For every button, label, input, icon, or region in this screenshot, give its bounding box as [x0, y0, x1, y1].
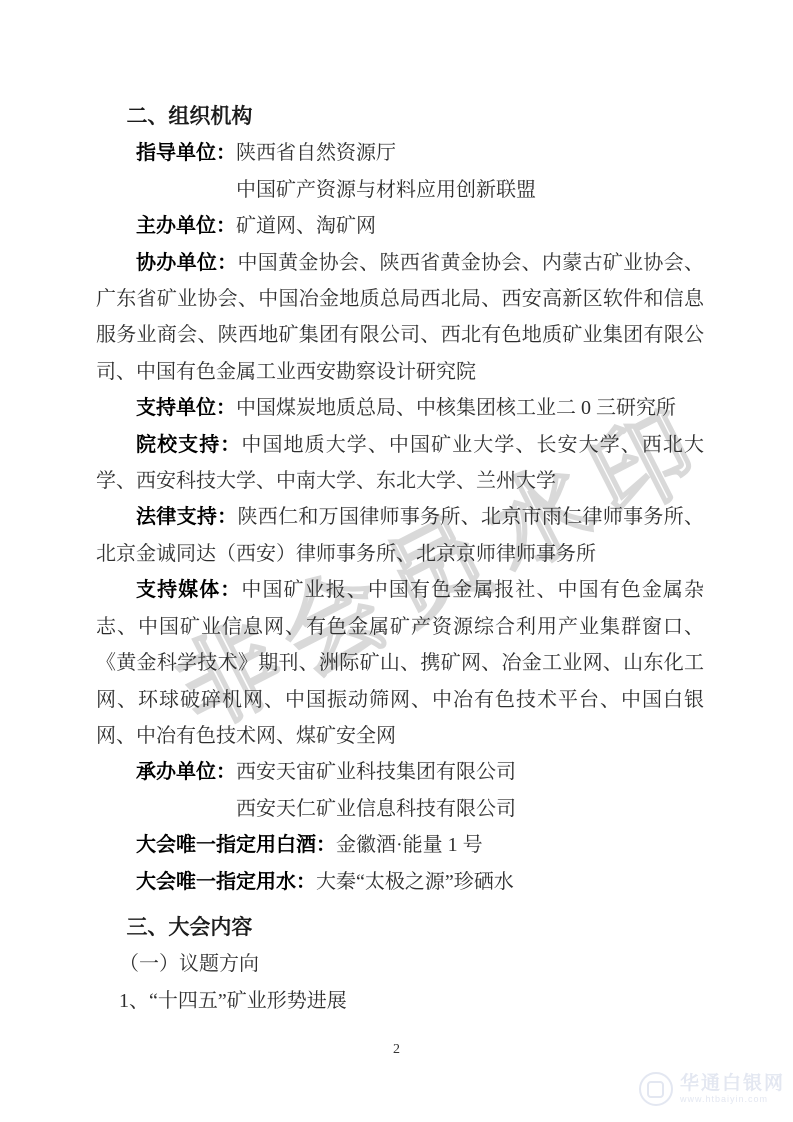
entry-supporting-units: 支持单位：中国煤炭地质总局、中核集团核工业二 0 三研究所 — [96, 390, 704, 426]
entry-host-unit: 主办单位：矿道网、淘矿网 — [96, 208, 704, 244]
entry-designated-water: 大会唯一指定用水：大秦“太极之源”珍硒水 — [96, 864, 704, 900]
entry-value-line: 中国矿产资源与材料应用创新联盟 — [236, 172, 536, 208]
entry-value: 陕西省自然资源厅 中国矿产资源与材料应用创新联盟 — [236, 135, 536, 208]
entry-value: 金徽酒·能量 1 号 — [336, 834, 483, 856]
site-watermark-texts: 华通白银网 www.htbaiyin.com — [680, 1074, 785, 1105]
subsection-topic-direction: （一）议题方向 — [96, 946, 704, 982]
entry-undertaking-unit: 承办单位： 西安天宙矿业科技集团有限公司 西安天仁矿业信息科技有限公司 — [96, 754, 704, 827]
entry-value-line: 陕西省自然资源厅 — [236, 135, 536, 171]
entry-legal-support: 法律支持：陕西仁和万国律师事务所、北京市雨仁律师事务所、北京金诚同达（西安）律师… — [96, 499, 704, 572]
page-content: 二、组织机构 指导单位： 陕西省自然资源厅 中国矿产资源与材料应用创新联盟 主办… — [96, 99, 704, 1019]
entry-co-organizers: 协办单位：中国黄金协会、陕西省黄金协会、内蒙古矿业协会、广东省矿业协会、中国冶金… — [96, 245, 704, 391]
entry-label: 法律支持： — [136, 506, 237, 528]
entry-designated-liquor: 大会唯一指定用白酒：金徽酒·能量 1 号 — [96, 827, 704, 863]
entry-label: 承办单位： — [136, 754, 236, 827]
site-logo-icon — [639, 1072, 673, 1106]
document-page: 非会员水印 二、组织机构 指导单位： 陕西省自然资源厅 中国矿产资源与材料应用创… — [0, 0, 793, 1122]
entry-value: 西安天宙矿业科技集团有限公司 西安天仁矿业信息科技有限公司 — [236, 754, 516, 827]
entry-label: 主办单位： — [136, 215, 236, 237]
entry-media-support: 支持媒体：中国矿业报、中国有色金属报社、中国有色金属杂志、中国矿业信息网、有色金… — [96, 572, 704, 754]
entry-label: 协办单位： — [136, 252, 237, 274]
entry-value: 矿道网、淘矿网 — [236, 215, 376, 237]
entry-label: 支持单位： — [136, 397, 236, 419]
entry-label: 指导单位： — [136, 135, 236, 208]
site-watermark: 华通白银网 www.htbaiyin.com — [639, 1072, 785, 1106]
entry-value: 大秦“太极之源”珍硒水 — [316, 871, 514, 893]
entry-guiding-unit: 指导单位： 陕西省自然资源厅 中国矿产资源与材料应用创新联盟 — [96, 135, 704, 208]
section-heading-conference-content: 三、大会内容 — [96, 910, 704, 946]
entry-university-support: 院校支持：中国地质大学、中国矿业大学、长安大学、西北大学、西安科技大学、中南大学… — [96, 427, 704, 500]
entry-value-line: 西安天宙矿业科技集团有限公司 — [236, 754, 516, 790]
entry-value-line: 西安天仁矿业信息科技有限公司 — [236, 791, 516, 827]
entry-value: 中国矿业报、中国有色金属报社、中国有色金属杂志、中国矿业信息网、有色金属矿产资源… — [96, 579, 704, 747]
entry-value: 中国煤炭地质总局、中核集团核工业二 0 三研究所 — [236, 397, 676, 419]
page-number: 2 — [0, 1042, 793, 1058]
entry-label: 大会唯一指定用水： — [136, 871, 316, 893]
topic-item-1: 1、“十四五”矿业形势进展 — [96, 983, 704, 1019]
section-heading-organization: 二、组织机构 — [96, 99, 704, 135]
site-watermark-name: 华通白银网 — [680, 1074, 785, 1095]
entry-label: 大会唯一指定用白酒： — [136, 834, 336, 856]
entry-label: 支持媒体： — [136, 579, 241, 601]
entry-label: 院校支持： — [136, 434, 241, 456]
site-watermark-url: www.htbaiyin.com — [680, 1095, 785, 1105]
